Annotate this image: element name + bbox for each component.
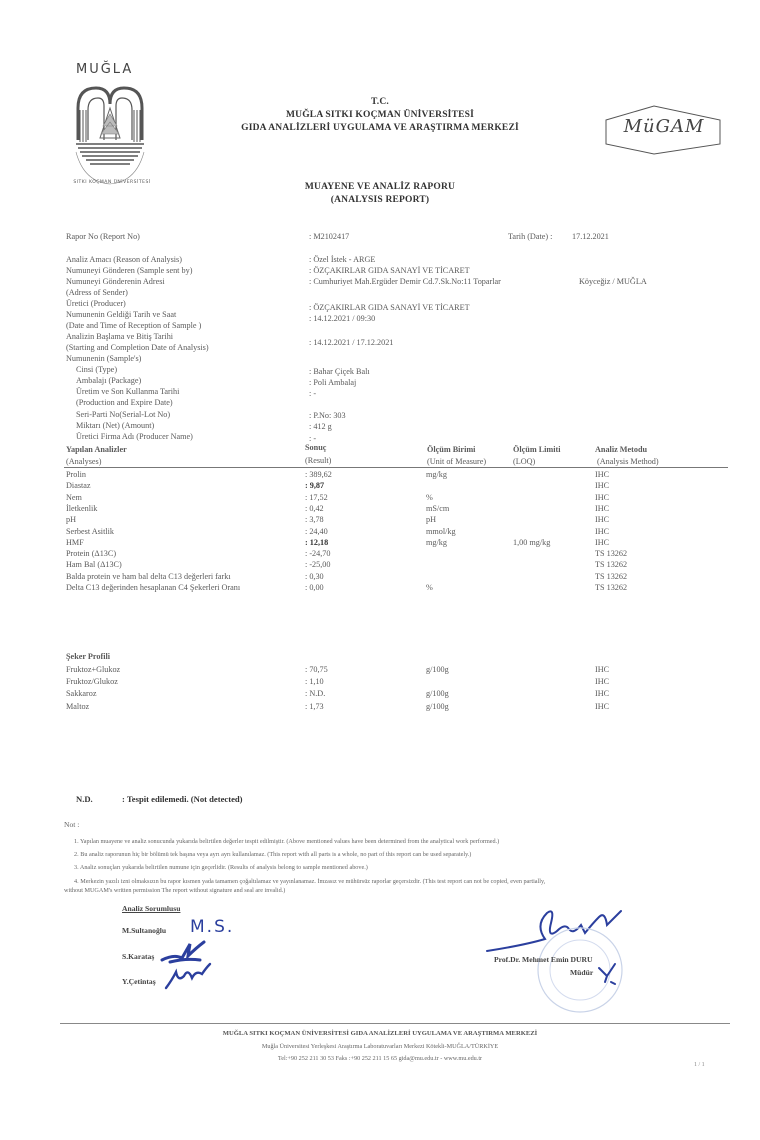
info-value: : Cumhuriyet Mah.Ergüder Demir Cd.7.Sk.N… [309,276,501,287]
col-header-analyses: Yapılan Analizler [66,444,127,455]
result-cell: : 0,30 [305,571,324,582]
unit-cell: g/100g [426,688,449,699]
result-cell: : 1,10 [305,676,324,687]
date-label: Tarih (Date) : [508,231,552,242]
table-row: Balda protein ve ham bal delta C13 değer… [0,571,760,582]
note-item: without MUGAM's written permission The r… [64,887,285,895]
signer-name: Y.Çetintaş [122,977,156,986]
result-cell: : 9,87 [305,480,324,491]
info-value-extra: Köyceğiz / MUĞLA [579,276,647,287]
method-cell: IHC [595,676,609,687]
method-cell: IHC [595,688,609,699]
info-label: Numuneyi Gönderenin Adresi [66,276,165,287]
info-label: (Adress of Sender) [66,287,128,298]
sample-value: : Bahar Çiçek Balı [309,366,370,377]
footer-center-name: MUĞLA SITKI KOÇMAN ÜNİVERSİTESİ GIDA ANA… [0,1030,760,1037]
analysis-cell: Balda protein ve ham bal delta C13 değer… [66,571,231,582]
method-cell: TS 13262 [595,548,627,559]
unit-cell: g/100g [426,664,449,675]
result-cell: : 70,75 [305,664,328,675]
analysis-cell: Prolin [66,469,86,480]
table-row: Serbest Asitlik: 24,40mmol/kgIHC [0,526,760,537]
sample-label: (Production and Expire Date) [76,397,173,408]
nd-abbreviation: N.D. [76,794,93,804]
director-name: Prof.Dr. Mehmet Emin DURU [494,955,593,964]
date-value: 17.12.2021 [572,231,609,242]
info-label: Numuneyi Gönderen (Sample sent by) [66,265,192,276]
unit-cell: mg/kg [426,537,447,548]
footer-address: Muğla Üniversitesi Yerleşkesi Araştırma … [0,1043,760,1050]
analysis-cell: Protein (Δ13C) [66,548,116,559]
table-row: pH: 3,78pHIHC [0,514,760,525]
info-label: Analizin Başlama ve Bitiş Tarihi [66,331,173,342]
info-label: Analiz Amacı (Reason of Analysis) [66,254,182,265]
method-cell: TS 13262 [595,582,627,593]
table-row: Ham Bal (Δ13C): -25,00TS 13262 [0,559,760,570]
col-header-unit-en: (Unit of Measure) [427,456,486,467]
mugam-logo-text: MüGAM [614,116,714,137]
table-row: Prolin: 389,62mg/kgIHC [0,469,760,480]
analysis-cell: Nem [66,492,82,503]
table-row: Delta C13 değerinden hesaplanan C4 Şeker… [0,582,760,593]
method-cell: IHC [595,469,609,480]
result-cell: : 389,62 [305,469,332,480]
analysis-cell: Ham Bal (Δ13C) [66,559,122,570]
result-cell: : N.D. [305,688,325,699]
unit-cell: % [426,492,433,503]
analysis-cell: Diastaz [66,480,91,491]
result-cell: : 1,73 [305,701,324,712]
section-title: Şeker Profili [66,651,110,662]
sample-value: : - [309,388,316,399]
result-cell: : 17,52 [305,492,328,503]
info-label: Numunenin Geldiği Tarih ve Saat [66,309,176,320]
table-row: Maltoz: 1,73g/100gIHC [0,701,760,712]
result-cell: : -24,70 [305,548,330,559]
report-title: MUAYENE VE ANALİZ RAPORU [0,182,760,192]
sample-label: Ambalajı (Package) [76,375,141,386]
info-value: : ÖZÇAKIRLAR GIDA SANAYİ VE TİCARET [309,265,470,276]
logo-text: MUĞLA [76,62,133,77]
report-no-label: Rapor No (Report No) [66,231,140,242]
table-row: Protein (Δ13C): -24,70TS 13262 [0,548,760,559]
table-row: Fruktoz/Glukoz: 1,10IHC [0,676,760,687]
analysis-cell: Maltoz [66,701,89,712]
analysis-cell: Fruktoz/Glukoz [66,676,118,687]
method-cell: IHC [595,664,609,675]
method-cell: IHC [595,537,609,548]
info-value: : 14.12.2021 / 17.12.2021 [309,337,393,348]
note-item: 1. Yapılan muayene ve analiz sonucunda y… [74,838,499,846]
result-cell: : 24,40 [305,526,328,537]
table-header-divider [64,467,728,468]
col-header-method-en: (Analysis Method) [597,456,659,467]
signer-signature: M.S. [190,917,234,937]
director-title: Müdür [570,968,593,977]
note-item: 4. Merkezin yazılı izni olmaksızın bu ra… [74,878,545,886]
result-cell: : 0,42 [305,503,324,514]
info-label: Numunenin (Sample's) [66,353,141,364]
col-header-loq-en: (LOQ) [513,456,535,467]
sample-value: : Poli Ambalaj [309,377,356,388]
page-number: 1 / 1 [694,1062,705,1068]
method-cell: TS 13262 [595,571,627,582]
col-header-loq: Ölçüm Limiti [513,444,561,455]
result-cell: : 3,78 [305,514,324,525]
nd-meaning: : Tespit edilemedi. (Not detected) [122,794,243,804]
table-row: HMF: 12,18mg/kg1,00 mg/kgIHC [0,537,760,548]
signature-scribble-icon [162,962,214,992]
unit-cell: % [426,582,433,593]
loq-cell: 1,00 mg/kg [513,537,550,548]
method-cell: TS 13262 [595,559,627,570]
analysis-cell: HMF [66,537,84,548]
director-initial-icon [595,962,621,986]
table-header-row-en: (Analyses) (Result) (Unit of Measure) (L… [0,456,760,467]
sample-value: : 412 g [309,421,332,432]
info-value: : Özel İstek - ARGE [309,254,375,265]
analysis-cell: pH [66,514,76,525]
analysis-cell: Delta C13 değerinden hesaplanan C4 Şeker… [66,582,240,593]
sample-label: Cinsi (Type) [76,364,117,375]
table-row: Nem: 17,52%IHC [0,492,760,503]
method-cell: IHC [595,492,609,503]
sample-value: : P.No: 303 [309,410,346,421]
footer-divider [60,1023,730,1024]
table-row: İletkenlik: 0,42mS/cmIHC [0,503,760,514]
col-header-result-en: (Result) [305,455,331,466]
notes-title: Not : [64,820,79,829]
info-value: : 14.12.2021 / 09:30 [309,313,375,324]
analysis-cell: Fruktoz+Glukoz [66,664,120,675]
table-header-row: Yapılan Analizler Sonuç Ölçüm Birimi Ölç… [0,444,760,455]
table-row: Fruktoz+Glukoz: 70,75g/100gIHC [0,664,760,675]
unit-cell: g/100g [426,701,449,712]
analysis-cell: Sakkaroz [66,688,96,699]
signer-name: M.Sultanoğlu [122,926,166,935]
info-value: : ÖZÇAKIRLAR GIDA SANAYİ VE TİCARET [309,302,470,313]
result-cell: : 0,00 [305,582,324,593]
unit-cell: mmol/kg [426,526,456,537]
table-row: Diastaz: 9,87IHC [0,480,760,491]
footer-contact: Tel:+90 252 211 30 53 Faks :+90 252 211 … [0,1055,760,1062]
section-title-sugar-profile: Şeker Profili [0,651,760,662]
note-item: 2. Bu analiz raporunun hiç bir bölümü te… [74,851,471,859]
col-header-analyses-en: (Analyses) [66,456,101,467]
sample-label: Üretim ve Son Kullanma Tarihi [76,386,179,397]
unit-cell: pH [426,514,436,525]
sample-label: Üretici Firma Adı (Producer Name) [76,431,193,442]
analysis-cell: İletkenlik [66,503,97,514]
mugam-logo: MüGAM [604,104,724,164]
analysis-responsible-title: Analiz Sorumlusu [122,904,180,913]
unit-cell: mg/kg [426,469,447,480]
info-label: (Starting and Completion Date of Analysi… [66,342,209,353]
method-cell: IHC [595,526,609,537]
result-cell: : -25,00 [305,559,330,570]
unit-cell: mS/cm [426,503,449,514]
method-cell: IHC [595,480,609,491]
table-row: Sakkaroz: N.D.g/100gIHC [0,688,760,699]
sample-label: Seri-Parti No(Serial-Lot No) [76,409,170,420]
info-label: (Date and Time of Reception of Sample ) [66,320,201,331]
col-header-method: Analiz Metodu [595,444,647,455]
col-header-result: Sonuç [305,442,326,453]
method-cell: IHC [595,701,609,712]
info-label: Üretici (Producer) [66,298,126,309]
signer-name: S.Karataş [122,952,154,961]
note-item: 3. Analiz sonuçları yukarıda belirtilen … [74,864,368,872]
result-cell: : 12,18 [305,537,328,548]
analysis-cell: Serbest Asitlik [66,526,114,537]
sample-label: Miktarı (Net) (Amount) [76,420,154,431]
report-subtitle: (ANALYSIS REPORT) [0,195,760,205]
method-cell: IHC [595,503,609,514]
method-cell: IHC [595,514,609,525]
report-no-value: : M2102417 [309,231,349,242]
col-header-unit: Ölçüm Birimi [427,444,475,455]
